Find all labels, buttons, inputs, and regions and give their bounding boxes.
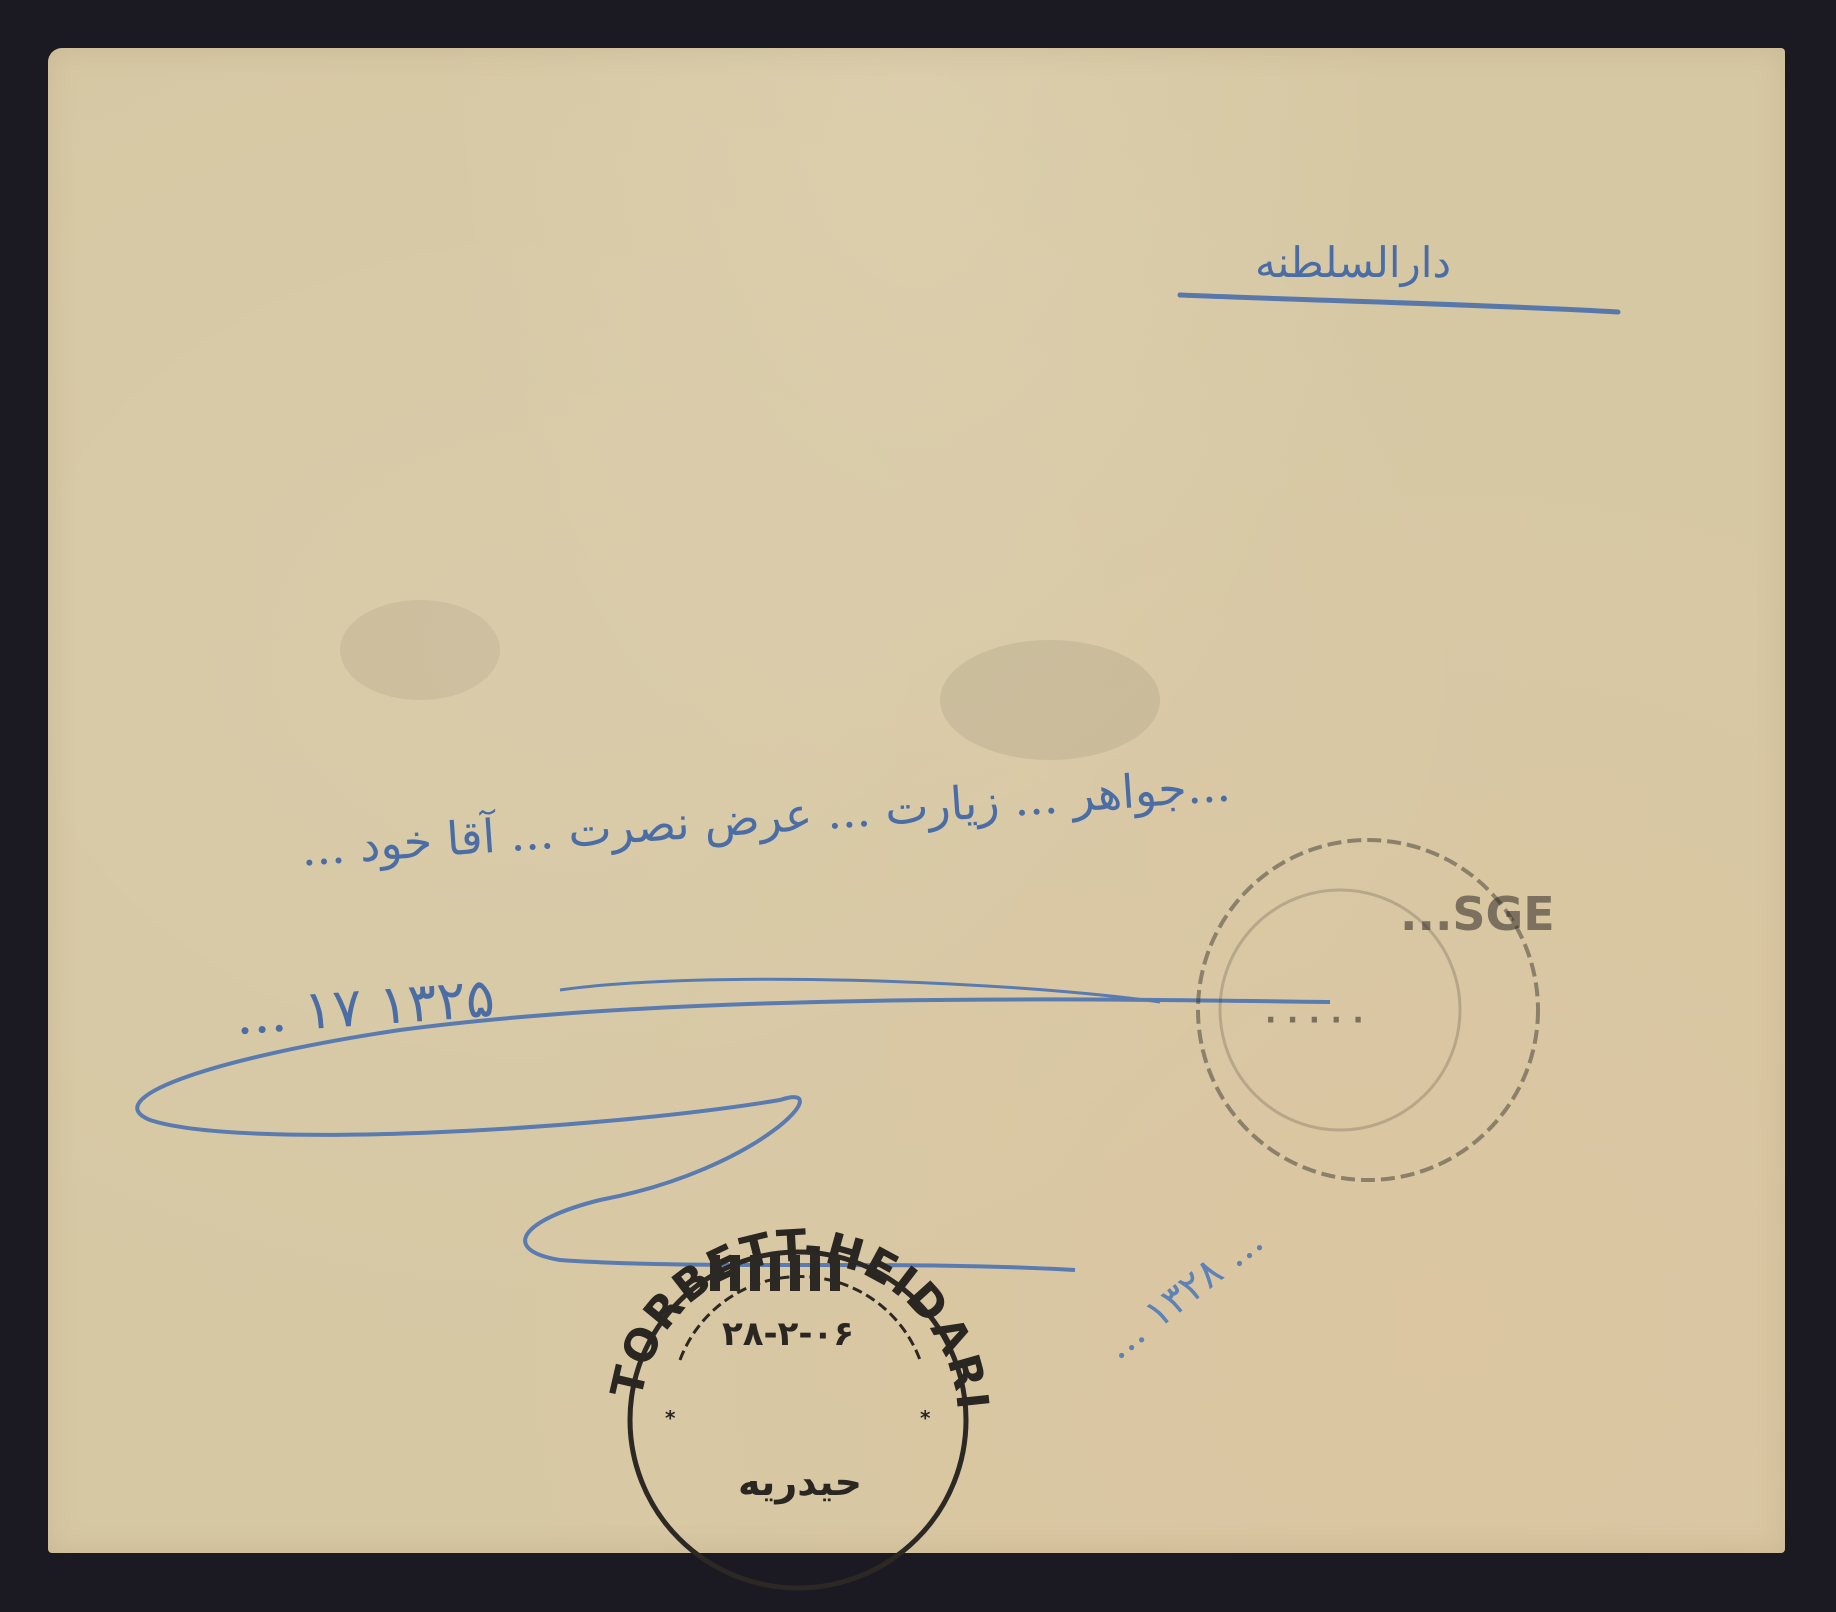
torbett-heidari-postmark: TORBETT-HEIDARI ۲۸-۲-۰۶ حیدریه * * xyxy=(601,1220,997,1588)
svg-text:۲۸-۲-۰۶: ۲۸-۲-۰۶ xyxy=(722,1314,854,1354)
svg-text:حیدریه: حیدریه xyxy=(738,1460,862,1504)
address-underline xyxy=(1180,295,1618,312)
faint-transit-postmark: ...SGE · · · · · xyxy=(1198,840,1555,1180)
svg-text:· · · · ·: · · · · · xyxy=(1265,1003,1364,1038)
svg-text:*: * xyxy=(665,1406,676,1430)
top-right-address: دارالسلطنه xyxy=(1255,238,1451,287)
svg-text:*: * xyxy=(920,1406,931,1430)
svg-text:...SGE: ...SGE xyxy=(1400,887,1555,941)
